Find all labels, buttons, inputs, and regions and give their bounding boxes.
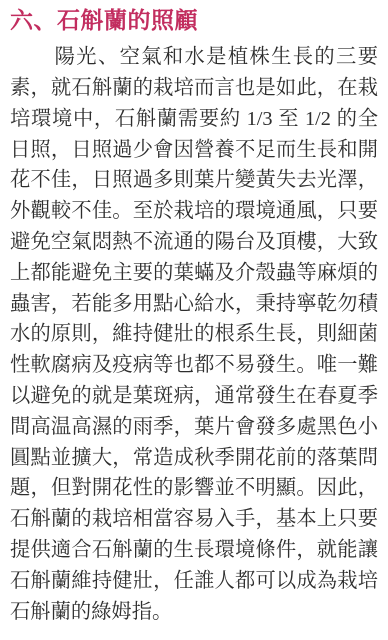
body-paragraph: 陽光、空氣和水是植株生長的三要素，就石斛蘭的栽培而言也是如此，在栽培環境中，石斛… bbox=[10, 42, 378, 627]
section-heading: 六、石斛蘭的照顧 bbox=[10, 8, 378, 33]
document-page: 六、石斛蘭的照顧 陽光、空氣和水是植株生長的三要素，就石斛蘭的栽培而言也是如此，… bbox=[0, 0, 388, 640]
